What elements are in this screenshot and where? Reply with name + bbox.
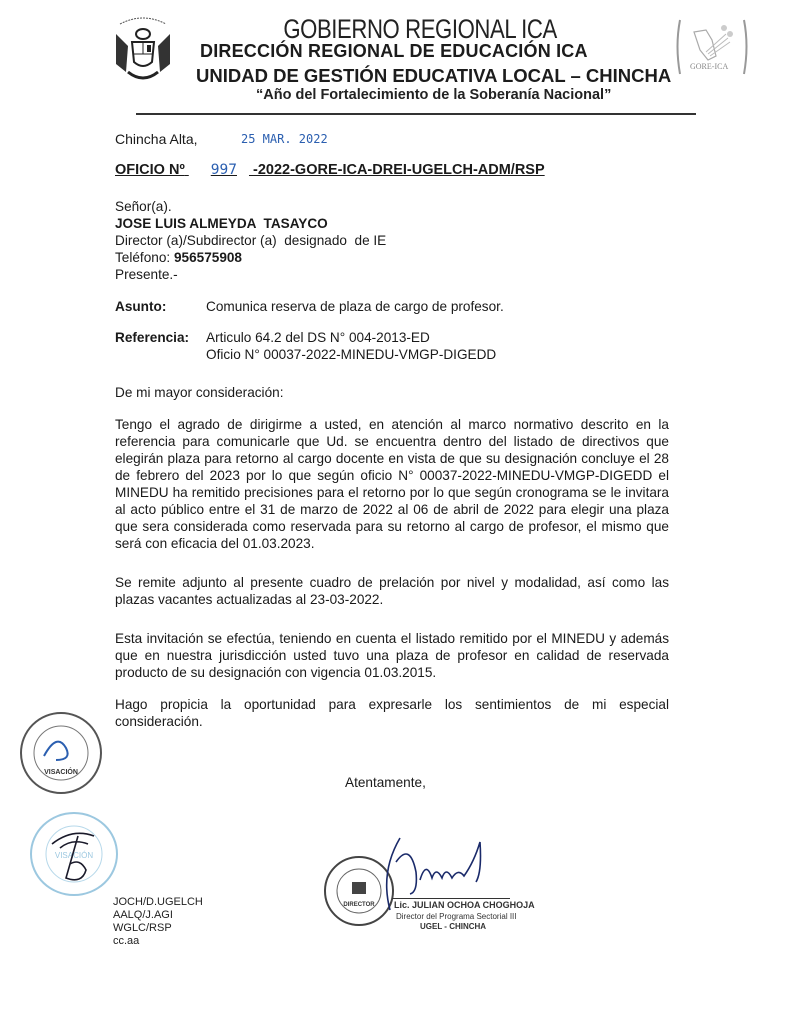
handwritten-date: 25 MAR. 2022 [241,132,328,146]
phone-label: Teléfono: [115,250,170,265]
initials-line-3: WGLC/RSP [113,922,203,935]
recipient-position: Director (a)/Subdirector (a) designado d… [115,232,386,249]
header-divider [136,113,696,115]
referencia-item-2: Oficio N° 00037-2022-MINEDU-VMGP-DIGEDD [206,346,496,363]
oficio-line: OFICIO Nº 997 -2022-GORE-ICA-DREI-UGELCH… [115,162,545,178]
presente: Presente.- [115,266,386,283]
recipient-block: Señor(a). JOSE LUIS ALMEYDA TASAYCO Dire… [115,198,386,283]
visacion-stamp-2: VISACIÓN [30,812,118,896]
oficio-number: 997 [211,162,237,178]
recipient-phone: Teléfono: 956575908 [115,249,386,266]
body-paragraph-1: Tengo el agrado de dirigirme a usted, en… [115,416,669,552]
phone-number: 956575908 [174,250,242,265]
initials-block: JOCH/D.UGELCH AALQ/J.AGI WGLC/RSP cc.aa [113,896,203,948]
header-motto: “Año del Fortalecimiento de la Soberanía… [256,87,611,103]
asunto-label: Asunto: [115,298,166,315]
initials-line-4: cc.aa [113,935,203,948]
asunto-text: Comunica reserva de plaza de cargo de pr… [206,298,504,315]
oficio-label: OFICIO Nº [115,162,185,178]
gore-ica-label: GORE-ICA [690,62,728,71]
header-direccion: DIRECCIÓN REGIONAL DE EDUCACIÓN ICA [200,41,588,62]
referencia-label: Referencia: [115,329,189,346]
svg-text:VISACIÓN: VISACIÓN [44,767,78,776]
signer-name: Lic. JULIAN OCHOA CHOGHOJA [394,900,535,910]
body-paragraph-2: Se remite adjunto al presente cuadro de … [115,574,669,608]
closing: Atentamente, [345,774,426,791]
greeting: De mi mayor consideración: [115,384,283,401]
signer-office: UGEL - CHINCHA [420,922,486,931]
initials-line-1: JOCH/D.UGELCH [113,896,203,909]
visacion-stamp-1: VISACIÓN [20,712,102,794]
signature-rule [392,898,510,899]
place: Chincha Alta, [115,131,198,148]
body-paragraph-3: Esta invitación se efectúa, teniendo en … [115,630,669,681]
gore-ica-logo: GORE-ICA [672,16,752,78]
signer-title: Director del Programa Sectorial III [396,912,517,921]
body-paragraph-4: Hago propicia la oportunidad para expres… [115,696,669,730]
salutation: Señor(a). [115,198,386,215]
header-government: GOBIERNO REGIONAL ICA [71,14,720,44]
oficio-code: -2022-GORE-ICA-DREI-UGELCH-ADM/RSP [253,162,545,178]
referencia-item-1: Articulo 64.2 del DS N° 004-2013-ED [206,329,430,346]
initials-line-2: AALQ/J.AGI [113,909,203,922]
header-ugel: UNIDAD DE GESTIÓN EDUCATIVA LOCAL – CHIN… [196,65,671,87]
recipient-name: JOSE LUIS ALMEYDA TASAYCO [115,215,386,232]
